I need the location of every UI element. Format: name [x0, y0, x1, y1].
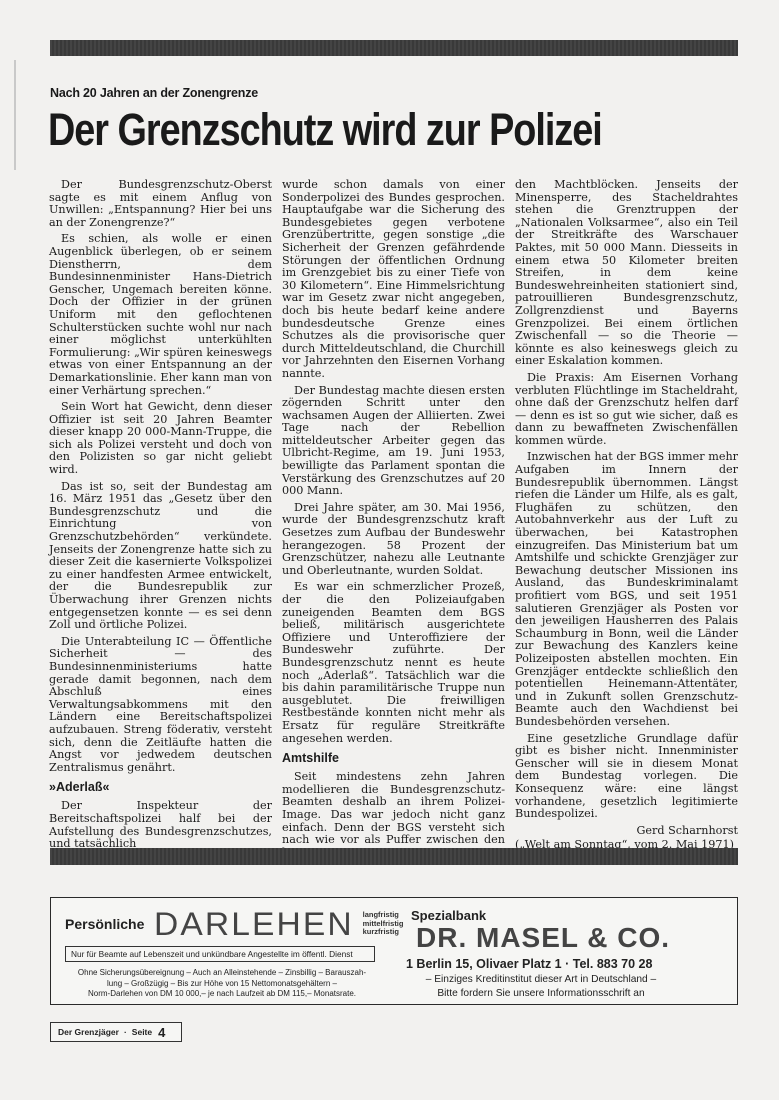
page-footer: Der Grenzjäger · Seite 4	[50, 1022, 182, 1042]
paragraph: Das ist so, seit der Bundestag am 16. Mä…	[49, 481, 272, 632]
article-body: Der Bundesgrenzschutz-Oberst sagte es mi…	[49, 179, 739, 863]
subheading-amtshilfe: Amtshilfe	[282, 751, 505, 765]
article-headline: Der Grenzschutz wird zur Polizei	[48, 104, 602, 156]
article-column-2: wurde schon damals von einer Sonderpoliz…	[282, 179, 505, 863]
footer-separator: ·	[124, 1027, 127, 1037]
bank-request: Bitte fordern Sie unsere Informationssch…	[406, 988, 676, 999]
loan-title: DARLEHEN	[154, 906, 354, 943]
article-kicker: Nach 20 Jahren an der Zonengrenze	[50, 86, 258, 100]
loan-advertisement: Persönliche DARLEHEN langfristig mittelf…	[51, 898, 396, 1004]
loan-term: kurzfristig	[363, 928, 404, 937]
author-byline: Gerd Scharnhorst	[515, 825, 738, 838]
bank-address: 1 Berlin 15, Olivaer Platz 1 · Tel. 883 …	[406, 957, 737, 971]
paragraph: Es schien, als wolle er einen Augenblick…	[49, 233, 272, 397]
paragraph-continuation: den Machtblöcken. Jenseits der Minensper…	[515, 179, 738, 368]
paragraph: Der Bundesgrenzschutz-Oberst sagte es mi…	[49, 179, 272, 229]
paragraph: Die Praxis: Am Eisernen Vorhang verblute…	[515, 372, 738, 448]
bottom-rule-bar	[50, 848, 738, 865]
subheading-aderlass: »Aderlaß«	[49, 780, 272, 794]
advertisement-box: Persönliche DARLEHEN langfristig mittelf…	[50, 897, 738, 1005]
page-number: 4	[158, 1025, 165, 1040]
bank-label: Spezialbank	[411, 908, 737, 923]
eligibility-notice: Nur für Beamte auf Lebenszeit und unkünd…	[65, 946, 375, 962]
article-column-1: Der Bundesgrenzschutz-Oberst sagte es mi…	[49, 179, 272, 863]
paragraph: Der Bundestag machte diesen ersten zöger…	[282, 385, 505, 498]
paragraph: Es war ein schmerzlicher Prozeß, der die…	[282, 581, 505, 745]
page-edge-shadow	[14, 60, 16, 170]
publication-name: Der Grenzjäger	[58, 1027, 119, 1037]
loan-header: Persönliche DARLEHEN langfristig mittelf…	[65, 910, 396, 938]
loan-prefix: Persönliche	[65, 916, 144, 932]
bank-claim: – Einziges Kreditinstitut dieser Art in …	[406, 974, 676, 985]
paragraph: Drei Jahre später, am 30. Mai 1956, wurd…	[282, 502, 505, 578]
loan-conditions: Ohne Sicherungsübereignung – Auch an All…	[57, 968, 387, 1000]
bank-advertisement: Spezialbank DR. MASEL & CO. 1 Berlin 15,…	[396, 898, 737, 1004]
paragraph: Sein Wort hat Gewicht, denn dieser Offiz…	[49, 401, 272, 477]
paragraph: Die Unterabteilung IC — Öffentliche Sich…	[49, 636, 272, 775]
paragraph-continuation: wurde schon damals von einer Sonderpoliz…	[282, 179, 505, 381]
condition-line: lung – Großzügig – Bis zur Höhe von 15 N…	[57, 979, 387, 990]
paragraph: Seit mindestens zehn Jahren modellieren …	[282, 771, 505, 859]
condition-line: Norm-Darlehen von DM 10 000,– je nach La…	[57, 989, 387, 1000]
bank-name: DR. MASEL & CO.	[416, 923, 737, 953]
loan-terms: langfristig mittelfristig kurzfristig	[363, 911, 404, 937]
article-column-3: den Machtblöcken. Jenseits der Minensper…	[515, 179, 738, 863]
condition-line: Ohne Sicherungsübereignung – Auch an All…	[57, 968, 387, 979]
paragraph: Inzwischen hat der BGS immer mehr Aufgab…	[515, 451, 738, 728]
paragraph: Eine gesetzliche Grundlage dafür gibt es…	[515, 733, 738, 821]
top-rule-bar	[50, 40, 738, 56]
paragraph: Der Inspekteur der Bereitschaftspolizei …	[49, 800, 272, 850]
page-label: Seite	[132, 1027, 152, 1037]
